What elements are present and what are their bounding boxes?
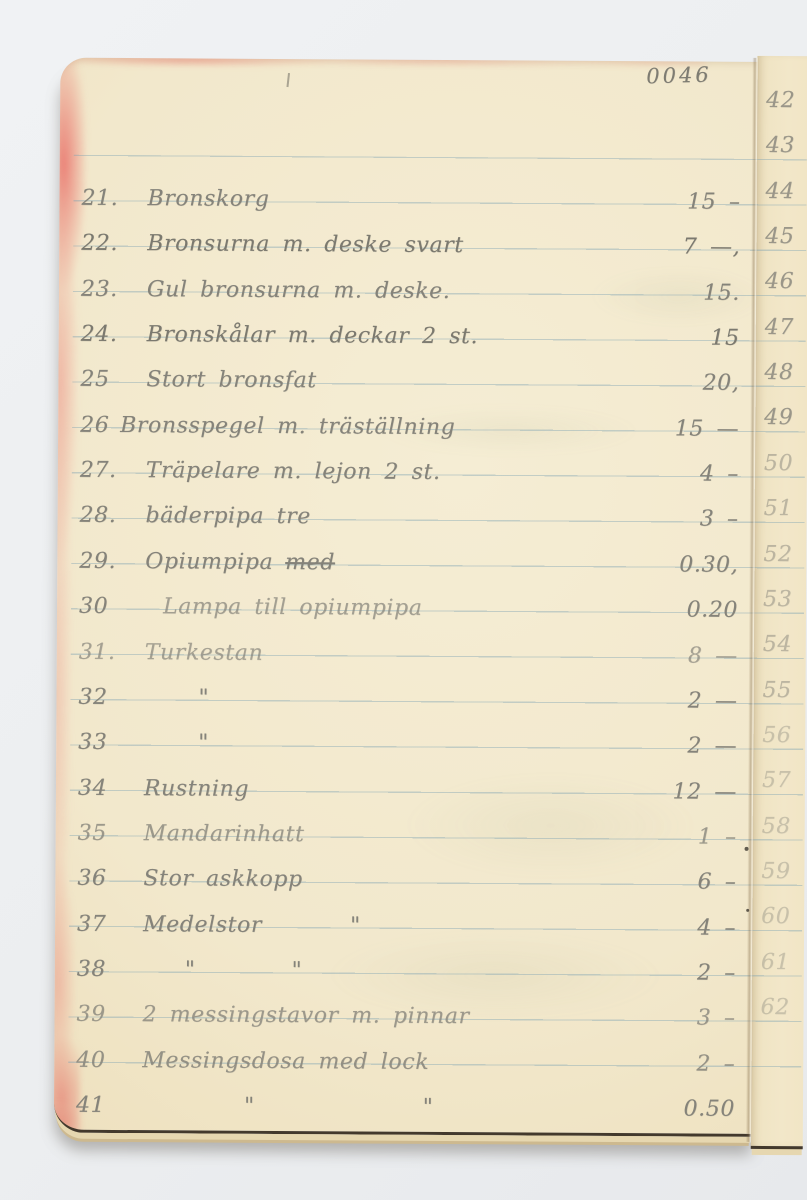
notebook: 0046 21.Bronskorg15 –22.Bronsurna m. des…: [0, 0, 807, 1200]
entry-number: 36: [77, 866, 106, 891]
ledger-row: 38""2 –: [55, 939, 752, 989]
next-page-entry-number: 57: [762, 768, 791, 793]
entry-number: 39: [76, 1002, 105, 1027]
entry-price: 15 –: [630, 189, 740, 215]
struck-word: med: [285, 550, 335, 575]
ink-speck: [745, 847, 749, 851]
entry-description: Messingsdosa med lock: [142, 1048, 429, 1075]
entry-price: 0.50: [625, 1096, 735, 1122]
entry-price: 2 —: [627, 688, 737, 714]
ledger-row: 37Medelstor"4 –: [55, 893, 752, 943]
ledger-row: 41""0.50: [54, 1075, 751, 1125]
description-text: Bronsurna m. deske svart: [147, 232, 464, 259]
description-text: Stor askkopp: [143, 866, 303, 892]
entry-number: 34: [78, 775, 107, 800]
entry-number: 24.: [81, 322, 118, 347]
entry-description: Stor askkopp: [143, 866, 303, 892]
description-text: Medelstor: [143, 912, 262, 938]
entry-description: bäderpipa tre: [146, 504, 311, 530]
entry-description: Mandarinhatt: [144, 821, 305, 847]
description-text: Mandarinhatt: [144, 821, 305, 847]
ledger-row: 21.Bronskorg15 –: [59, 168, 756, 218]
ledger-row: 33"2 —: [56, 712, 753, 762]
ledger-row: 35Mandarinhatt1 –: [56, 803, 753, 853]
entry-number: 23.: [81, 276, 118, 301]
entry-price: 0.30,: [628, 552, 738, 578]
entry-description: Bronsspegel m. träställning: [120, 413, 455, 440]
entry-number: 35: [78, 821, 107, 846]
ledger-rows: 21.Bronskorg15 –22.Bronsurna m. deske sv…: [54, 58, 758, 1134]
entry-number: 28.: [80, 503, 117, 528]
description-text: ": [291, 958, 302, 983]
entry-price: 7 —,: [630, 234, 740, 260]
ledger-row: 30Lampa till opiumpipa0.20: [57, 576, 754, 626]
entry-description: Stort bronsfat: [146, 368, 316, 394]
entry-description: Bronskorg: [147, 186, 269, 212]
next-page-entry-number: 58: [762, 814, 791, 839]
next-page-entry-number: 59: [761, 859, 790, 884]
ledger-row: 34Rustning12 —: [56, 757, 753, 807]
next-page-entry-number: 45: [765, 224, 794, 249]
next-page-entry-number: 44: [766, 179, 795, 204]
next-page-entry-number: 43: [766, 133, 795, 158]
ledger-row: 392 messingstavor m. pinnar3 –: [54, 984, 751, 1034]
entry-price: 3 –: [625, 1005, 735, 1031]
description-text: Bronskålar m. deckar 2 st.: [147, 322, 479, 349]
description-text: ": [198, 731, 209, 756]
entry-number: 33: [78, 730, 107, 755]
description-text: ": [244, 1094, 255, 1119]
description-text: Träpelare m. lejon 2 st.: [146, 458, 441, 485]
entry-description: Gul bronsurna m. deske.: [147, 277, 451, 304]
description-text: Turkestan: [145, 640, 264, 666]
entry-price: 2 –: [625, 1051, 735, 1077]
description-text: Gul bronsurna m. deske.: [147, 277, 451, 304]
next-page-entry-number: 60: [761, 904, 790, 929]
next-page-numbers: 4243444546474849505152535455565758596061…: [751, 62, 807, 1134]
entry-number: 40: [76, 1047, 105, 1072]
ink-speck: [746, 909, 749, 912]
next-page-entry-number: 54: [763, 632, 792, 657]
ledger-row: 32"2 —: [56, 666, 753, 716]
entry-description: Bronsurna m. deske svart: [147, 232, 464, 259]
next-page-entry-number: 50: [764, 451, 793, 476]
entry-number: 37: [77, 911, 106, 936]
ledger-row: 26Bronsspegel m. träställning15 —: [58, 394, 755, 444]
entry-description: Opiumpipamed: [145, 549, 335, 575]
ledger-row: 31.Turkestan8 —: [57, 621, 754, 671]
entry-price: 6 –: [626, 869, 736, 895]
next-page-entry-number: 48: [764, 360, 793, 385]
next-page-entry-number: 52: [763, 541, 792, 566]
entry-description: Turkestan: [145, 640, 264, 666]
entry-price: 15: [630, 325, 740, 351]
description-text: ": [423, 1095, 434, 1120]
entry-price: 15 —: [629, 416, 739, 442]
entry-price: 2 —: [627, 733, 737, 759]
description-text: Rustning: [144, 776, 249, 802]
description-text: Messingsdosa med lock: [142, 1048, 429, 1075]
next-page-entry-number: 47: [765, 315, 794, 340]
next-page-entry-number: 56: [762, 723, 791, 748]
ledger-row: 36Stor askkopp6 –: [55, 848, 752, 898]
entry-description: Träpelare m. lejon 2 st.: [146, 458, 441, 485]
description-text: ": [185, 957, 196, 982]
entry-price: 20,: [629, 371, 739, 397]
description-text: ": [198, 685, 209, 710]
next-page-entry-number: 46: [765, 269, 794, 294]
ledger-row: 27.Träpelare m. lejon 2 st.4 –: [58, 440, 755, 490]
entry-price: 4 –: [629, 461, 739, 487]
entry-number: 29.: [79, 549, 116, 574]
entry-price: 0.20: [628, 597, 738, 623]
entry-number: 21.: [81, 186, 118, 211]
ledger-row: 23.Gul bronsurna m. deske.15.: [59, 258, 756, 308]
next-page-entry-number: 61: [761, 950, 790, 975]
ledger-row: 28.bäderpipa tre3 –: [57, 485, 754, 535]
entry-price: 3 –: [628, 507, 738, 533]
next-page-entry-number: 55: [762, 677, 791, 702]
entry-number: 26: [80, 413, 109, 438]
description-text: Stort bronsfat: [146, 368, 316, 394]
entry-price: 15.: [630, 280, 740, 306]
entry-number: 38: [77, 957, 106, 982]
entry-description: "": [143, 957, 303, 983]
entry-price: 12 —: [627, 779, 737, 805]
description-text: ": [350, 913, 361, 938]
ledger-row: 22.Bronsurna m. deske svart7 —,: [59, 213, 756, 263]
next-page-entry-number: 62: [761, 995, 790, 1020]
entry-number: 25: [80, 367, 109, 392]
entry-description: ": [144, 685, 209, 710]
ledger-row: 24.Bronskålar m. deckar 2 st.15: [59, 304, 756, 354]
entry-description: Lampa till opiumpipa: [163, 594, 423, 621]
entry-number: 31.: [79, 639, 116, 664]
description-text: 2 messingstavor m. pinnar: [142, 1002, 469, 1029]
scanned-notebook-photo: 0046 21.Bronskorg15 –22.Bronsurna m. des…: [0, 0, 807, 1200]
entry-price: 4 –: [626, 915, 736, 941]
ledger-row: 40Messingsdosa med lock2 –: [54, 1029, 751, 1079]
entry-description: Bronskålar m. deckar 2 st.: [147, 322, 479, 349]
entry-description: "": [142, 1093, 434, 1120]
entry-number: 27.: [80, 458, 117, 483]
next-page-entry-number: 53: [763, 587, 792, 612]
entry-description: Medelstor": [143, 912, 361, 938]
entry-price: 8 —: [628, 643, 738, 669]
next-page-entry-number: 49: [764, 405, 793, 430]
entry-price: 1 –: [627, 824, 737, 850]
description-text: Bronskorg: [147, 186, 269, 212]
entry-number: 32: [78, 685, 107, 710]
entry-description: 2 messingstavor m. pinnar: [142, 1002, 469, 1029]
ledger-row: 29.Opiumpipamed0.30,: [57, 530, 754, 580]
description-text: Bronsspegel m. träställning: [120, 413, 455, 440]
entry-description: ": [144, 730, 209, 755]
entry-number: 41: [76, 1093, 105, 1118]
ledger-row: 25Stort bronsfat20,: [58, 349, 755, 399]
next-page-entry-number: 51: [764, 496, 793, 521]
entry-price: 2 –: [626, 960, 736, 986]
next-page-entry-number: 42: [766, 88, 795, 113]
description-text: Opiumpipa: [145, 549, 273, 575]
description-text: bäderpipa tre: [146, 504, 311, 530]
entry-number: 30: [79, 594, 108, 619]
entry-number: 22.: [81, 231, 118, 256]
entry-description: Rustning: [144, 776, 249, 802]
description-text: Lampa till opiumpipa: [163, 594, 423, 621]
